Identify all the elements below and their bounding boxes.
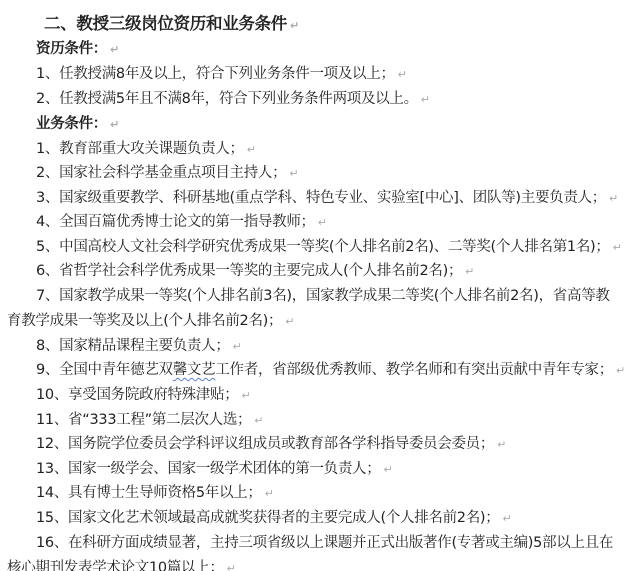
business-item-6: 6、省哲学社会科学优秀成果一等奖的主要完成人(个人排名前2名)；↵ [36,261,474,282]
qualification-heading: 资历条件：↵ [36,39,119,60]
item-text: 12、国务院学位委员会学科评议组成员或教育部各学科指导委员会委员； [36,436,494,452]
section-title: 二、教授三级岗位资历和业务条件↵ [44,14,299,36]
item-text: 1、教育部重大攻关课题负责人； [36,141,244,157]
paragraph-mark-icon: ↵ [285,315,294,328]
paragraph-mark-icon: ↵ [398,68,407,81]
paragraph-mark-icon: ↵ [254,414,263,427]
business-item-11: 11、省“333工程”第二层次人选；↵ [36,410,263,431]
business-item-14: 14、具有博士生导师资格5年以上；↵ [36,483,274,504]
paragraph-mark-icon: ↵ [247,143,256,156]
paragraph-mark-icon: ↵ [110,118,119,131]
item-text: 11、省“333工程”第二层次人选； [36,412,251,428]
business-item-3: 3、国家级重要教学、科研基地(重点学科、特色专业、实验室[中心]、团队等)主要负… [36,188,618,209]
item-text: 9、全国中青年德艺双 [36,362,173,378]
paragraph-mark-icon: ↵ [318,216,327,229]
paragraph-mark-icon: ↵ [421,93,430,106]
item-text: 1、任教授满8年及以上，符合下列业务条件一项及以上； [36,66,395,82]
paragraph-mark-icon: ↵ [383,463,392,476]
item-text: 7、国家教学成果一等奖(个人排名前3名)，国家教学成果二等奖(个人排名前2名)，… [36,288,610,304]
item-text: 工作者，省部级优秀教师、教学名师和有突出贡献中青年专家； [215,362,613,378]
business-item-8: 8、国家精品课程主要负责人；↵ [36,336,241,357]
business-heading-text: 业务条件： [36,116,107,132]
business-item-13: 13、国家一级学会、国家一级学术团体的第一负责人；↵ [36,459,392,480]
business-item-15: 15、国家文化艺术领域最高成就奖获得者的主要完成人(个人排名前2名)；↵ [36,508,511,529]
item-text: 3、国家级重要教学、科研基地(重点学科、特色专业、实验室[中心]、团队等)主要负… [36,190,606,206]
item-text: 16、在科研方面成绩显著，主持三项省级以上课题并正式出版著作(专著或主编)5部以… [36,535,613,551]
paragraph-mark-icon: ↵ [233,340,242,353]
business-item-4: 4、全国百篇优秀博士论文的第一指导教师；↵ [36,212,327,233]
paragraph-mark-icon: ↵ [497,438,506,451]
business-item-10: 10、享受国务院政府特殊津贴；↵ [36,385,250,406]
business-item-2: 2、国家社会科学基金重点项目主持人；↵ [36,163,298,184]
item-text: 10、享受国务院政府特殊津贴； [36,387,238,403]
paragraph-mark-icon: ↵ [465,265,474,278]
paragraph-mark-icon: ↵ [227,562,236,571]
paragraph-mark-icon: ↵ [609,192,618,205]
item-text: 6、省哲学社会科学优秀成果一等奖的主要完成人(个人排名前2名)； [36,263,462,279]
item-text: 14、具有博士生导师资格5年以上； [36,485,262,501]
paragraph-mark-icon: ↵ [265,487,274,500]
qualification-item-2: 2、任教授满5年且不满8年，符合下列业务条件两项及以上。↵ [36,89,430,110]
qualification-item-1: 1、任教授满8年及以上，符合下列业务条件一项及以上；↵ [36,64,407,85]
item-text: 13、国家一级学会、国家一级学术团体的第一负责人； [36,461,380,477]
business-item-7: 7、国家教学成果一等奖(个人排名前3名)，国家教学成果二等奖(个人排名前2名)，… [36,286,610,306]
business-item-16: 16、在科研方面成绩显著，主持三项省级以上课题并正式出版著作(专著或主编)5部以… [36,533,613,553]
item-text: 育教学成果一等奖及以上(个人排名前2名)； [7,313,282,329]
business-item-16-continuation: 核心期刊发表学术论文10篇以上；↵ [7,558,236,571]
paragraph-mark-icon: ↵ [613,241,622,254]
item-text: 核心期刊发表学术论文10篇以上； [7,560,224,571]
spellcheck-underline[interactable]: 馨文艺 [173,362,216,378]
business-item-5: 5、中国高校人文社会科学研究优秀成果一等奖(个人排名前2名)、二等奖(个人排名第… [36,237,622,258]
paragraph-mark-icon: ↵ [503,512,512,525]
business-item-12: 12、国务院学位委员会学科评议组成员或教育部各学科指导委员会委员；↵ [36,434,506,455]
paragraph-mark-icon: ↵ [290,19,299,32]
business-item-7-continuation: 育教学成果一等奖及以上(个人排名前2名)；↵ [7,311,294,332]
item-text: 4、全国百篇优秀博士论文的第一指导教师； [36,214,315,230]
item-text: 15、国家文化艺术领域最高成就奖获得者的主要完成人(个人排名前2名)； [36,510,500,526]
item-text: 5、中国高校人文社会科学研究优秀成果一等奖(个人排名前2名)、二等奖(个人排名第… [36,239,610,255]
business-item-1: 1、教育部重大攻关课题负责人；↵ [36,139,256,160]
business-heading: 业务条件：↵ [36,114,119,135]
paragraph-mark-icon: ↵ [289,167,298,180]
paragraph-mark-icon: ↵ [110,43,119,56]
item-text: 2、国家社会科学基金重点项目主持人； [36,165,286,181]
business-item-9: 9、全国中青年德艺双馨文艺工作者，省部级优秀教师、教学名师和有突出贡献中青年专家… [36,360,625,381]
paragraph-mark-icon: ↵ [241,389,250,402]
item-text: 2、任教授满5年且不满8年，符合下列业务条件两项及以上。 [36,91,418,107]
item-text: 8、国家精品课程主要负责人； [36,338,230,354]
paragraph-mark-icon: ↵ [616,364,625,377]
section-title-text: 二、教授三级岗位资历和业务条件 [44,14,287,33]
qualification-heading-text: 资历条件： [36,41,107,57]
